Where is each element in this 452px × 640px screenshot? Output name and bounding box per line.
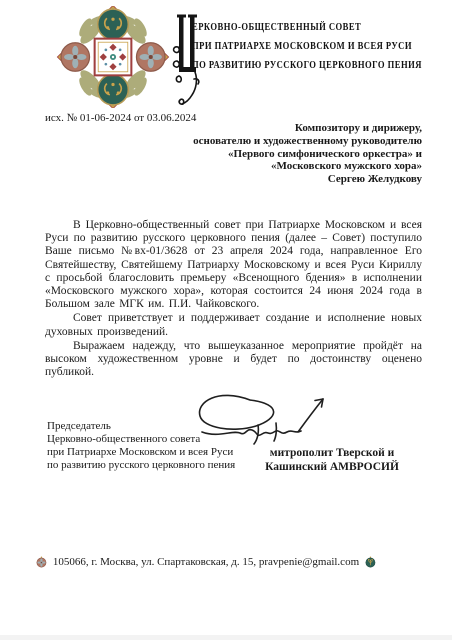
signer-name-line: Кашинский АМВРОСИЙ <box>252 460 412 474</box>
signer-title-block: Председатель Церковно-общественного сове… <box>47 420 267 472</box>
ornamental-rosette-logo-icon <box>56 6 170 108</box>
recipient-line: Сергею Желудкову <box>92 173 422 186</box>
signer-title-line: Церковно-общественного совета <box>47 433 267 446</box>
recipient-line: основателю и художественному руководител… <box>92 135 422 148</box>
signer-title-line: Председатель <box>47 420 267 433</box>
body-paragraph: В Церковно-общественный совет при Патриа… <box>45 219 422 311</box>
recipient-block: Композитору и дирижеру, основателю и худ… <box>92 122 422 186</box>
body-paragraph: Совет приветствует и поддерживает создан… <box>45 312 422 338</box>
green-medallion-icon <box>365 551 376 573</box>
recipient-line: «Первого симфонического оркестра» и <box>92 148 422 161</box>
recipient-line: «Московского мужского хора» <box>92 160 422 173</box>
signer-title-line: по развитию русского церковного пения <box>47 459 267 472</box>
body-paragraph: Выражаем надежду, что вышеуказанное меро… <box>45 340 422 380</box>
footer: 105066, г. Москва, ул. Спартаковская, д.… <box>36 551 376 573</box>
signer-title-line: при Патриархе Московском и всея Руси <box>47 446 267 459</box>
page-bottom-edge <box>0 635 452 640</box>
letterhead-line-1: ЕРКОВНО-ОБЩЕСТВЕННЫЙ СОВЕТ <box>192 18 442 37</box>
letterhead-line-2: ПРИ ПАТРИАРХЕ МОСКОВСКОМ И ВСЕЯ РУСИ <box>192 37 442 56</box>
letter-body: В Церковно-общественный совет при Патриа… <box>45 219 422 380</box>
recipient-line: Композитору и дирижеру, <box>92 122 422 135</box>
footer-address: 105066, г. Москва, ул. Спартаковская, д.… <box>53 556 359 568</box>
signer-name-block: митрополит Тверской и Кашинский АМВРОСИЙ <box>252 446 412 474</box>
terracotta-medallion-icon <box>36 551 47 573</box>
letterhead-title: ЕРКОВНО-ОБЩЕСТВЕННЫЙ СОВЕТ ПРИ ПАТРИАРХЕ… <box>192 18 442 75</box>
letterhead-line-3: ПО РАЗВИТИЮ РУССКОГО ЦЕРКОВНОГО ПЕНИЯ <box>192 56 442 75</box>
signer-name-line: митрополит Тверской и <box>252 446 412 460</box>
letter-page: ЕРКОВНО-ОБЩЕСТВЕННЫЙ СОВЕТ ПРИ ПАТРИАРХЕ… <box>0 0 452 640</box>
